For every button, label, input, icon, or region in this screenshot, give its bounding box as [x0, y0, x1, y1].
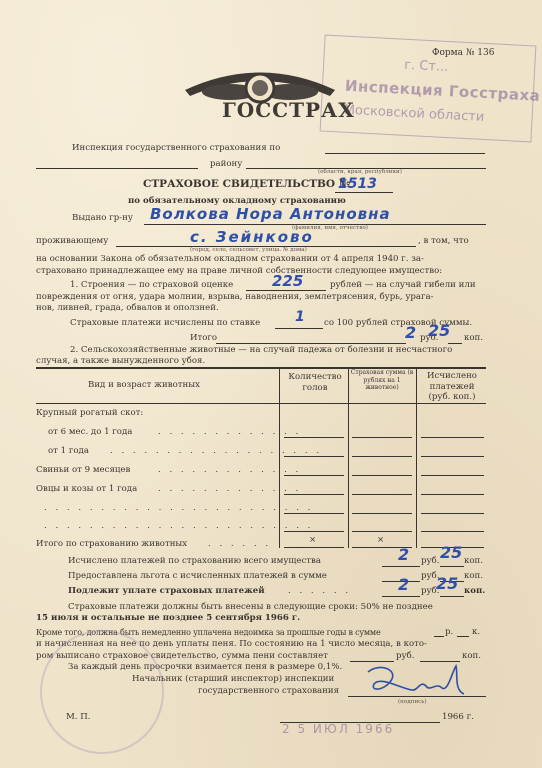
table-total-label: Итого по страхованию животных — [36, 539, 187, 550]
due-leader: . . . . . . — [288, 586, 351, 597]
table-header-animal-type: Вид и возраст животных — [88, 380, 200, 391]
table-row-leader: . . . . . . — [208, 539, 271, 550]
table-header-payments: Исчислено платежей (руб. коп.) — [420, 371, 484, 403]
table-cell — [352, 531, 412, 532]
arrears-kop-field — [457, 636, 469, 637]
table-cell — [284, 494, 344, 495]
total-kop: 25 — [428, 321, 450, 340]
table-cell — [284, 475, 344, 476]
benefit-kop-label: коп. — [464, 571, 483, 582]
penalty-rub-label: руб. — [396, 651, 414, 662]
table-col-divider — [348, 368, 349, 548]
holder-address: с. Зейнково — [190, 228, 314, 246]
table-row-label: Крупный рогатый скот: — [36, 408, 143, 419]
table-row-leader: . . . . . . . . . . . . . — [158, 484, 301, 495]
table-header-head-count: Количество голов — [284, 372, 346, 394]
official-round-stamp — [40, 630, 164, 754]
certificate-title: СТРАХОВОЕ СВИДЕТЕЛЬСТВО № — [143, 178, 350, 190]
arrears-rub-label: р. — [445, 627, 453, 638]
district-field — [36, 168, 198, 169]
year-label: 1966 г. — [442, 712, 474, 723]
table-header-insured-sum: Страховая сумма (в рублях на 1 животное) — [350, 369, 414, 392]
calc-kop-field — [440, 566, 464, 567]
rate-field — [275, 328, 323, 329]
table-row-leader: . . . . . . . . . . . . . — [158, 427, 301, 438]
stamp-line-1: г. Ст... — [404, 58, 449, 75]
arrears-kop-label: к. — [472, 627, 480, 638]
table-cell — [352, 437, 412, 438]
soviet-emblem-icon: ГОССТРАХ — [180, 60, 340, 125]
table-cell — [352, 513, 412, 514]
animals-text-1: 2. Сельскохозяйственные животные — на сл… — [70, 345, 452, 356]
due-label: Подлежит уплате страховых платежей — [68, 586, 265, 597]
table-row-label: от 6 мес. до 1 года — [48, 427, 132, 438]
address-hint: (город, село, сельсовет, улица. № дома) — [190, 247, 307, 253]
table-cell — [421, 456, 484, 457]
signer-role-2: государственного страхования — [198, 686, 339, 697]
issued-label: Выдано гр-ну — [72, 213, 133, 224]
residing-label: проживающему — [36, 236, 108, 247]
table-cell — [421, 531, 484, 532]
calc-rub-field — [382, 566, 420, 567]
in-that-text: , в том, что — [418, 236, 469, 247]
terms-line-1: Страховые платежи должны быть внесены в … — [68, 602, 433, 613]
due-kop-field — [440, 596, 464, 597]
inspection-field — [325, 153, 485, 154]
table-header-border — [36, 403, 486, 404]
inspection-stamp: г. Ст... Инспекция Госстраха Московской … — [320, 35, 537, 143]
calc-rub-label: руб. — [421, 556, 439, 567]
table-cell — [284, 513, 344, 514]
total-label: Итого — [190, 333, 217, 344]
district-label: району — [210, 159, 242, 170]
law-text-2: страховано принадлежащее ему на праве ли… — [36, 266, 442, 277]
total-field — [216, 343, 406, 344]
rate-label: Страховые платежи исчислены по ставке — [70, 318, 260, 329]
calc-kop-label: коп. — [464, 556, 483, 567]
table-col-divider — [416, 368, 417, 548]
date-stamp: 2 5 ИЮЛ 1966 — [282, 722, 394, 736]
stamp-line-2: Инспекция Госстраха — [345, 77, 541, 105]
calc-rub: 2 — [398, 545, 409, 564]
law-text-1: на основании Закона об обязательном окла… — [36, 254, 424, 265]
table-cell — [352, 456, 412, 457]
table-cell — [284, 547, 344, 548]
animals-text-2: случая, а также вынужденного убоя. — [36, 356, 205, 367]
buildings-label: 1. Строения — по страховой оценке — [70, 280, 233, 291]
form-number: Форма № 136 — [432, 48, 494, 59]
buildings-value: 225 — [272, 272, 303, 290]
table-total-mark: × — [309, 535, 316, 546]
buildings-after: рублей — на случай гибели или — [330, 280, 476, 291]
due-kop: 25 — [436, 574, 458, 593]
total-kop-field — [448, 343, 462, 344]
table-cell — [284, 531, 344, 532]
holder-name: Волкова Нора Антоновна — [150, 205, 391, 223]
inspection-label: Инспекция государственного страхования п… — [72, 143, 280, 154]
table-cell — [421, 494, 484, 495]
risks-text-1: повреждения от огня, удара молнии, взрыв… — [36, 292, 434, 303]
table-row-leader: . . . . . . . . . . . . . . . . . . . . … — [44, 503, 313, 514]
table-cell — [352, 475, 412, 476]
table-row-label: Овцы и козы от 1 года — [36, 484, 137, 495]
arrears-rub-field — [434, 636, 444, 637]
table-cell — [421, 437, 484, 438]
table-cell — [421, 475, 484, 476]
table-cell — [352, 494, 412, 495]
risks-text-2: нов, ливней, града, обвалов и оползней. — [36, 303, 219, 314]
due-rub: 2 — [398, 575, 409, 594]
due-rub-field — [382, 596, 420, 597]
mp-label: М. П. — [66, 712, 91, 723]
region-hint: (области, края, республики) — [318, 169, 402, 175]
table-cell — [421, 513, 484, 514]
benefit-label: Предоставлена льгота с исчисленных плате… — [68, 571, 327, 582]
table-total-mark: × — [377, 535, 384, 546]
total-kop-label: коп. — [464, 333, 483, 344]
table-cell — [284, 456, 344, 457]
table-top-border — [36, 367, 486, 369]
certificate-number: 1513 — [338, 176, 377, 192]
signature-hint: (подпись) — [398, 699, 427, 705]
table-row-label: от 1 года — [48, 446, 89, 457]
signature-scribble-icon — [360, 662, 470, 704]
gosstrakh-logo-text: ГОССТРАХ — [222, 98, 355, 122]
calc-label: Исчислено платежей по страхованию всего … — [68, 556, 321, 567]
certificate-number-field — [335, 192, 393, 193]
rate-value: 1 — [295, 309, 305, 325]
table-row-leader: . . . . . . . . . . . . . . . . . . . . … — [44, 521, 313, 532]
table-cell — [284, 437, 344, 438]
signer-role-1: Начальник (старший инспектор) инспекции — [132, 674, 334, 685]
penalty-kop-label: коп. — [462, 651, 481, 662]
due-kop-label: коп. — [464, 586, 485, 597]
insurance-certificate: г. Ст... Инспекция Госстраха Московской … — [0, 0, 542, 768]
buildings-value-field — [246, 290, 326, 291]
stamp-line-3: Московской области — [343, 103, 484, 125]
table-row-label: Свиньи от 9 месяцев — [36, 465, 130, 476]
terms-line-2: 15 июля и остальные не позднее 5 сентябр… — [36, 613, 300, 624]
calc-kop: 25 — [440, 543, 462, 562]
table-row-leader: . . . . . . . . . . . . . — [158, 465, 301, 476]
total-rub: 2 — [405, 323, 416, 342]
